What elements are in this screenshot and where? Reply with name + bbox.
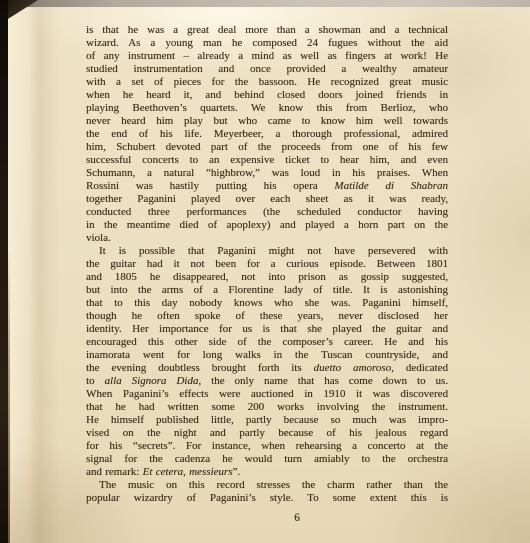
text-segment: together Paganini played over each sheet… bbox=[86, 193, 448, 205]
text-segment: for his “secrets”. For instance, when re… bbox=[86, 440, 448, 452]
text-segment: the end of his life. Meyerbeer, a thorou… bbox=[86, 128, 448, 140]
text-line: He himself published little, partly beca… bbox=[86, 414, 448, 427]
text-segment: The music on this record stresses the ch… bbox=[99, 479, 448, 491]
italic-phrase: Et cetera, messieurs bbox=[143, 466, 233, 478]
text-segment: never heard him play but who came to kno… bbox=[86, 115, 448, 127]
text-segment: successful concerts to an expensive tick… bbox=[86, 154, 448, 166]
text-segment: is that he was a great deal more than a … bbox=[86, 24, 448, 36]
paragraph: The music on this record stresses the ch… bbox=[86, 479, 448, 505]
text-line: and 1805 he disappeared, not into prison… bbox=[86, 271, 448, 284]
text-segment: ”. bbox=[233, 466, 241, 478]
text-segment: playing Beethoven’s quartets. We know th… bbox=[86, 102, 448, 114]
text-segment: encouraged this other side of the compos… bbox=[86, 336, 448, 348]
paragraph: is that he was a great deal more than a … bbox=[86, 24, 448, 245]
text-segment: identity. Her importance for us is that … bbox=[86, 323, 448, 335]
text-segment: and 1805 he disappeared, not into prison… bbox=[86, 271, 448, 283]
text-line: to alla Signora Dida, the only name that… bbox=[86, 375, 448, 388]
text-segment: the guitar had it not been for a curious… bbox=[86, 258, 448, 270]
text-line: successful concerts to an expensive tick… bbox=[86, 154, 448, 167]
text-segment: viola. bbox=[86, 232, 111, 244]
text-segment: him, Schubert devoted part of the procee… bbox=[86, 141, 448, 153]
text-segment: vised on the night and partly because of… bbox=[86, 427, 448, 439]
text-segment: He himself published little, partly beca… bbox=[86, 414, 448, 426]
text-line: him, Schubert devoted part of the procee… bbox=[86, 141, 448, 154]
book-spine-shadow bbox=[0, 0, 8, 543]
text-line: The music on this record stresses the ch… bbox=[86, 479, 448, 492]
text-line: with a set of pieces for the bassoon. He… bbox=[86, 76, 448, 89]
text-line: signal for the cadenza he would turn ami… bbox=[86, 453, 448, 466]
text-line: inamorata went for long walks in the Tus… bbox=[86, 349, 448, 362]
text-segment: , dedicated bbox=[391, 362, 448, 374]
text-segment: to bbox=[86, 375, 105, 387]
text-segment: in the meantime died of apoplexy) and pl… bbox=[86, 219, 448, 231]
text-segment: studied instrumentation and once provide… bbox=[86, 63, 448, 75]
text-segment: When Paganini’s effects were auctioned i… bbox=[86, 388, 448, 400]
text-line: together Paganini played over each sheet… bbox=[86, 193, 448, 206]
text-line: in the meantime died of apoplexy) and pl… bbox=[86, 219, 448, 232]
text-segment: that to this day nobody knows who she wa… bbox=[86, 297, 448, 309]
text-segment: inamorata went for long walks in the Tus… bbox=[86, 349, 448, 361]
text-line: viola. bbox=[86, 232, 448, 245]
text-line: is that he was a great deal more than a … bbox=[86, 24, 448, 37]
italic-phrase: alla Signora Dida bbox=[105, 375, 199, 387]
text-line: studied instrumentation and once provide… bbox=[86, 63, 448, 76]
text-line: vised on the night and partly because of… bbox=[86, 427, 448, 440]
text-line: playing Beethoven’s quartets. We know th… bbox=[86, 102, 448, 115]
text-segment: and remark: bbox=[86, 466, 143, 478]
text-line: the guitar had it not been for a curious… bbox=[86, 258, 448, 271]
book-page-photo: is that he was a great deal more than a … bbox=[0, 0, 530, 543]
text-segment: signal for the cadenza he would turn ami… bbox=[86, 453, 448, 465]
text-segment: wizard. As a young man he composed 24 fu… bbox=[86, 37, 448, 49]
italic-phrase: duetto amoroso bbox=[314, 362, 392, 374]
text-segment: , the only name that has come down to us… bbox=[198, 375, 448, 387]
page-text: is that he was a great deal more than a … bbox=[86, 24, 448, 505]
text-line: for his “secrets”. For instance, when re… bbox=[86, 440, 448, 453]
text-segment: It is possible that Paganini might not h… bbox=[99, 245, 448, 257]
text-line: and remark: Et cetera, messieurs”. bbox=[86, 466, 448, 479]
text-line: It is possible that Paganini might not h… bbox=[86, 245, 448, 258]
text-line: encouraged this other side of the compos… bbox=[86, 336, 448, 349]
text-line: When Paganini’s effects were auctioned i… bbox=[86, 388, 448, 401]
text-segment: but into the arms of a Florentine lady o… bbox=[86, 284, 448, 296]
text-segment: Rossini was hastily putting his opera bbox=[86, 180, 334, 192]
text-segment: popular wizardry of Paganini’s style. To… bbox=[86, 492, 448, 504]
page-number: 6 bbox=[294, 512, 300, 524]
text-line: conducted three performances (the schedu… bbox=[86, 206, 448, 219]
text-line: that he had written some 200 works invol… bbox=[86, 401, 448, 414]
text-segment: when he heard it, and behind closed door… bbox=[86, 89, 448, 101]
text-segment: though he often spoke of these years, ne… bbox=[86, 310, 448, 322]
text-line: never heard him play but who came to kno… bbox=[86, 115, 448, 128]
text-segment: with a set of pieces for the bassoon. He… bbox=[86, 76, 448, 88]
text-line: the end of his life. Meyerbeer, a thorou… bbox=[86, 128, 448, 141]
text-line: popular wizardry of Paganini’s style. To… bbox=[86, 492, 448, 505]
text-segment: that he had written some 200 works invol… bbox=[86, 401, 448, 413]
text-segment: Schumann, a natural “highbrow,” was loud… bbox=[86, 167, 448, 179]
text-line: though he often spoke of these years, ne… bbox=[86, 310, 448, 323]
text-line: identity. Her importance for us is that … bbox=[86, 323, 448, 336]
background-surface bbox=[0, 0, 530, 7]
text-line: the evening doubtless brought forth its … bbox=[86, 362, 448, 375]
text-line: when he heard it, and behind closed door… bbox=[86, 89, 448, 102]
italic-phrase: Matilde di Shabran bbox=[334, 180, 448, 192]
text-line: Rossini was hastily putting his opera Ma… bbox=[86, 180, 448, 193]
text-line: that to this day nobody knows who she wa… bbox=[86, 297, 448, 310]
text-segment: of any instrument – already a mind as we… bbox=[86, 50, 448, 62]
text-line: but into the arms of a Florentine lady o… bbox=[86, 284, 448, 297]
text-line: wizard. As a young man he composed 24 fu… bbox=[86, 37, 448, 50]
paragraph: It is possible that Paganini might not h… bbox=[86, 245, 448, 479]
text-segment: the evening doubtless brought forth its bbox=[86, 362, 314, 374]
text-line: of any instrument – already a mind as we… bbox=[86, 50, 448, 63]
text-line: Schumann, a natural “highbrow,” was loud… bbox=[86, 167, 448, 180]
text-segment: conducted three performances (the schedu… bbox=[86, 206, 448, 218]
